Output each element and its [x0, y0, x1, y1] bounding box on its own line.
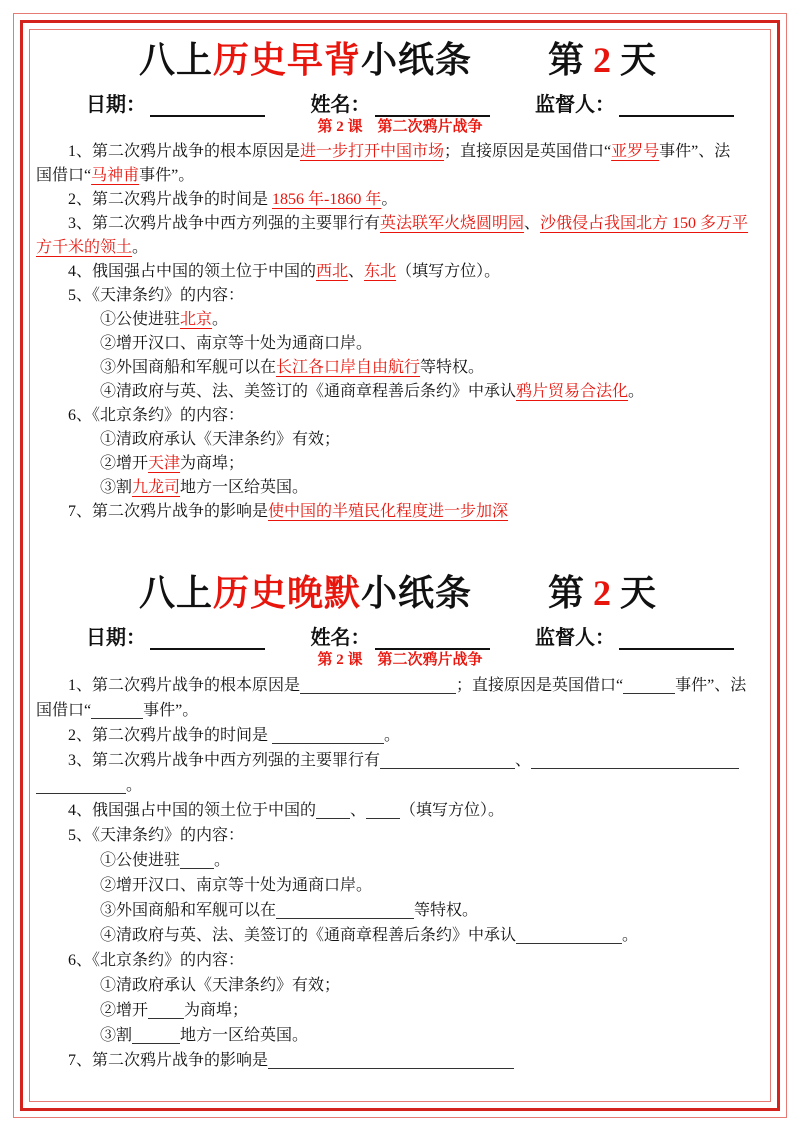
day-prefix: 第	[548, 37, 585, 83]
name-blank-line	[375, 626, 490, 650]
question-text: 。	[132, 239, 148, 256]
body-line: ②增开天津为商埠；	[36, 452, 764, 476]
title-highlight: 历史晚默	[213, 570, 361, 616]
answer-text: 使中国的半殖民化程度进一步加深	[268, 503, 508, 520]
question-text: 、	[350, 802, 366, 819]
body-line: 6、《北京条约》的内容：	[36, 948, 764, 973]
question-text: 。	[384, 727, 400, 744]
question-text: 等特权。	[420, 359, 484, 376]
answer-text: 方千米的领土	[36, 239, 132, 256]
body-line: 7、第二次鸦片战争的影响是	[36, 1048, 764, 1073]
question-text: ②增开	[100, 1002, 148, 1019]
fill-in-blank-line	[91, 701, 143, 719]
supervisor-label: 监督人：	[535, 88, 615, 117]
fill-in-blank-line	[366, 801, 400, 819]
title-text: 八上	[139, 37, 213, 83]
title-text: 八上	[139, 570, 213, 616]
body-line: 4、俄国强占中国的领土位于中国的、（填写方位）。	[36, 798, 764, 823]
body-line: ②增开汉口、南京等十处为通商口岸。	[36, 873, 764, 898]
body-line: 3、第二次鸦片战争中西方列强的主要罪行有英法联军火烧圆明园、沙俄侵占我国北方 1…	[36, 212, 764, 236]
title-highlight: 历史早背	[213, 37, 361, 83]
date-label: 日期：	[86, 621, 146, 650]
question-text: 7、第二次鸦片战争的影响是	[68, 503, 268, 520]
date-field: 日期：	[86, 621, 265, 650]
question-text: ③割	[100, 479, 132, 496]
fill-in-blank-line	[276, 901, 414, 919]
question-text: ①清政府承认《天津条约》有效；	[100, 431, 340, 448]
day-counter: 第2天	[544, 37, 661, 83]
page-border-outer: 八上历史早背小纸条 第2天 日期： 姓名： 监督人： 第 2 课 第二次鸦片战争…	[13, 13, 787, 1118]
question-text: 为商埠；	[180, 455, 244, 472]
day-suffix: 天	[620, 37, 657, 83]
answer-text: 九龙司	[132, 479, 180, 496]
fill-in-blank-line	[36, 776, 126, 794]
body-line: 1、第二次鸦片战争的根本原因是进一步打开中国市场；直接原因是英国借口“亚罗号事件…	[36, 140, 764, 164]
body-line: 5、《天津条约》的内容：	[36, 823, 764, 848]
body-line: 2、第二次鸦片战争的时间是 1856 年-1860 年。	[36, 188, 764, 212]
fill-in-blank-line	[531, 751, 739, 769]
body-line: 4、俄国强占中国的领土位于中国的西北、东北（填写方位）。	[36, 260, 764, 284]
title-text: 小纸条	[361, 37, 472, 83]
section-morning-recite: 八上历史早背小纸条 第2天 日期： 姓名： 监督人： 第 2 课 第二次鸦片战争…	[36, 37, 764, 524]
body-line: 1、第二次鸦片战争的根本原因是；直接原因是英国借口“事件”、法	[36, 673, 764, 698]
body-line: 国借口“马神甫事件”。	[36, 164, 764, 188]
question-text: 。	[381, 191, 397, 208]
worksheet-content: 八上历史早背小纸条 第2天 日期： 姓名： 监督人： 第 2 课 第二次鸦片战争…	[30, 30, 770, 1101]
question-text: 5、《天津条约》的内容：	[68, 287, 244, 304]
info-fields-row: 日期： 姓名： 监督人：	[36, 616, 764, 650]
supervisor-blank-line	[619, 93, 734, 117]
body-line: 3、第二次鸦片战争中西方列强的主要罪行有、	[36, 748, 764, 773]
body-line: 2、第二次鸦片战争的时间是 。	[36, 723, 764, 748]
section-divider-space	[36, 524, 764, 570]
section-body: 1、第二次鸦片战争的根本原因是进一步打开中国市场；直接原因是英国借口“亚罗号事件…	[36, 138, 764, 524]
answer-text: 北京	[180, 311, 212, 328]
question-text: 4、俄国强占中国的领土位于中国的	[68, 802, 316, 819]
fill-in-blank-line	[380, 751, 515, 769]
question-text: ③外国商船和军舰可以在	[100, 902, 276, 919]
fill-in-blank-line	[132, 1026, 180, 1044]
lesson-subtitle: 第 2 课 第二次鸦片战争	[36, 117, 764, 138]
question-text: 。	[214, 852, 230, 869]
question-text: ①清政府承认《天津条约》有效；	[100, 977, 340, 994]
question-text: 、	[348, 263, 364, 280]
question-text: 2、第二次鸦片战争的时间是	[68, 191, 272, 208]
question-text: 、	[515, 752, 531, 769]
body-line: 方千米的领土。	[36, 236, 764, 260]
question-text: 1、第二次鸦片战争的根本原因是	[68, 143, 300, 160]
body-line: ①公使进驻北京。	[36, 308, 764, 332]
answer-text: 天津	[148, 455, 180, 472]
answer-text: 进一步打开中国市场	[300, 143, 444, 160]
body-line: 6、《北京条约》的内容：	[36, 404, 764, 428]
question-text: 6、《北京条约》的内容：	[68, 952, 244, 969]
question-text: 事件”。	[139, 167, 194, 184]
day-suffix: 天	[620, 570, 657, 616]
body-line: 国借口“事件”。	[36, 698, 764, 723]
name-field: 姓名：	[311, 621, 490, 650]
body-line: ④清政府与英、法、美签订的《通商章程善后条约》中承认鸦片贸易合法化。	[36, 380, 764, 404]
question-text: 。	[622, 927, 638, 944]
question-text: 事件”、法	[659, 143, 730, 160]
answer-text: 西北	[316, 263, 348, 280]
body-line: ①清政府承认《天津条约》有效；	[36, 973, 764, 998]
day-number: 2	[593, 570, 612, 616]
name-field: 姓名：	[311, 88, 490, 117]
supervisor-label: 监督人：	[535, 621, 615, 650]
question-text: 。	[212, 311, 228, 328]
answer-text: 英法联军火烧圆明园	[380, 215, 524, 232]
fill-in-blank-line	[148, 1001, 184, 1019]
question-text: 5、《天津条约》的内容：	[68, 827, 244, 844]
fill-in-blank-line	[268, 1051, 514, 1069]
answer-text: 1856 年-1860 年	[272, 191, 381, 208]
fill-in-blank-line	[623, 676, 675, 694]
title-text: 小纸条	[361, 570, 472, 616]
answer-text: 鸦片贸易合法化	[516, 383, 628, 400]
body-line: ①公使进驻。	[36, 848, 764, 873]
info-fields-row: 日期： 姓名： 监督人：	[36, 83, 764, 117]
section-body: 1、第二次鸦片战争的根本原因是；直接原因是英国借口“事件”、法国借口“事件”。2…	[36, 671, 764, 1073]
day-prefix: 第	[548, 570, 585, 616]
question-text: 事件”。	[143, 702, 198, 719]
question-text: 6、《北京条约》的内容：	[68, 407, 244, 424]
name-blank-line	[375, 93, 490, 117]
question-text: 7、第二次鸦片战争的影响是	[68, 1052, 268, 1069]
page-border-middle: 八上历史早背小纸条 第2天 日期： 姓名： 监督人： 第 2 课 第二次鸦片战争…	[20, 20, 780, 1111]
fill-in-blank-line	[300, 676, 456, 694]
question-text: 国借口“	[36, 167, 91, 184]
answer-text: 长江各口岸自由航行	[276, 359, 420, 376]
body-line: ③外国商船和军舰可以在长江各口岸自由航行等特权。	[36, 356, 764, 380]
question-text: 3、第二次鸦片战争中西方列强的主要罪行有	[68, 752, 380, 769]
question-text: ③外国商船和军舰可以在	[100, 359, 276, 376]
question-text: ②增开汉口、南京等十处为通商口岸。	[100, 877, 372, 894]
body-line: ②增开为商埠；	[36, 998, 764, 1023]
lesson-subtitle: 第 2 课 第二次鸦片战争	[36, 650, 764, 671]
body-line: 。	[36, 773, 764, 798]
supervisor-field: 监督人：	[535, 88, 734, 117]
body-line: ③割九龙司地方一区给英国。	[36, 476, 764, 500]
answer-text: 沙俄侵占我国北方 150 多万平	[540, 215, 748, 232]
fill-in-blank-line	[272, 726, 384, 744]
supervisor-blank-line	[619, 626, 734, 650]
question-text: 1、第二次鸦片战争的根本原因是	[68, 677, 300, 694]
body-line: ①清政府承认《天津条约》有效；	[36, 428, 764, 452]
supervisor-field: 监督人：	[535, 621, 734, 650]
page-border-inner: 八上历史早背小纸条 第2天 日期： 姓名： 监督人： 第 2 课 第二次鸦片战争…	[29, 29, 771, 1102]
question-text: 等特权。	[414, 902, 478, 919]
question-text: 事件”、法	[675, 677, 746, 694]
day-number: 2	[593, 37, 612, 83]
question-text: 国借口“	[36, 702, 91, 719]
question-text: （填写方位）。	[400, 802, 504, 819]
question-text: 2、第二次鸦片战争的时间是	[68, 727, 272, 744]
body-line: ②增开汉口、南京等十处为通商口岸。	[36, 332, 764, 356]
question-text: ④清政府与英、法、美签订的《通商章程善后条约》中承认	[100, 383, 516, 400]
answer-text: 亚罗号	[611, 143, 659, 160]
question-text: ①公使进驻	[100, 311, 180, 328]
question-text: ②增开	[100, 455, 148, 472]
question-text: 4、俄国强占中国的领土位于中国的	[68, 263, 316, 280]
section-title: 八上历史晚默小纸条 第2天	[36, 570, 764, 616]
question-text: 为商埠；	[184, 1002, 248, 1019]
date-blank-line	[150, 626, 265, 650]
body-line: ④清政府与英、法、美签订的《通商章程善后条约》中承认。	[36, 923, 764, 948]
name-label: 姓名：	[311, 621, 371, 650]
body-line: ③割地方一区给英国。	[36, 1023, 764, 1048]
body-line: ③外国商船和军舰可以在等特权。	[36, 898, 764, 923]
question-text: ；直接原因是英国借口“	[456, 677, 623, 694]
question-text: 。	[126, 777, 142, 794]
question-text: ④清政府与英、法、美签订的《通商章程善后条约》中承认	[100, 927, 516, 944]
day-counter: 第2天	[544, 570, 661, 616]
question-text: ①公使进驻	[100, 852, 180, 869]
answer-text: 马神甫	[91, 167, 139, 184]
date-blank-line	[150, 93, 265, 117]
question-text: ；直接原因是英国借口“	[444, 143, 611, 160]
question-text: 3、第二次鸦片战争中西方列强的主要罪行有	[68, 215, 380, 232]
question-text: 。	[628, 383, 644, 400]
body-line: 7、第二次鸦片战争的影响是使中国的半殖民化程度进一步加深	[36, 500, 764, 524]
question-text: 、	[524, 215, 540, 232]
question-text: （填写方位）。	[396, 263, 500, 280]
question-text: 地方一区给英国。	[180, 1027, 308, 1044]
question-text: ③割	[100, 1027, 132, 1044]
section-evening-dictation: 八上历史晚默小纸条 第2天 日期： 姓名： 监督人： 第 2 课 第二次鸦片战争…	[36, 570, 764, 1073]
section-title: 八上历史早背小纸条 第2天	[36, 37, 764, 83]
body-line: 5、《天津条约》的内容：	[36, 284, 764, 308]
question-text: 地方一区给英国。	[180, 479, 308, 496]
fill-in-blank-line	[316, 801, 350, 819]
name-label: 姓名：	[311, 88, 371, 117]
fill-in-blank-line	[516, 926, 622, 944]
date-field: 日期：	[86, 88, 265, 117]
fill-in-blank-line	[180, 851, 214, 869]
question-text: ②增开汉口、南京等十处为通商口岸。	[100, 335, 372, 352]
answer-text: 东北	[364, 263, 396, 280]
date-label: 日期：	[86, 88, 146, 117]
